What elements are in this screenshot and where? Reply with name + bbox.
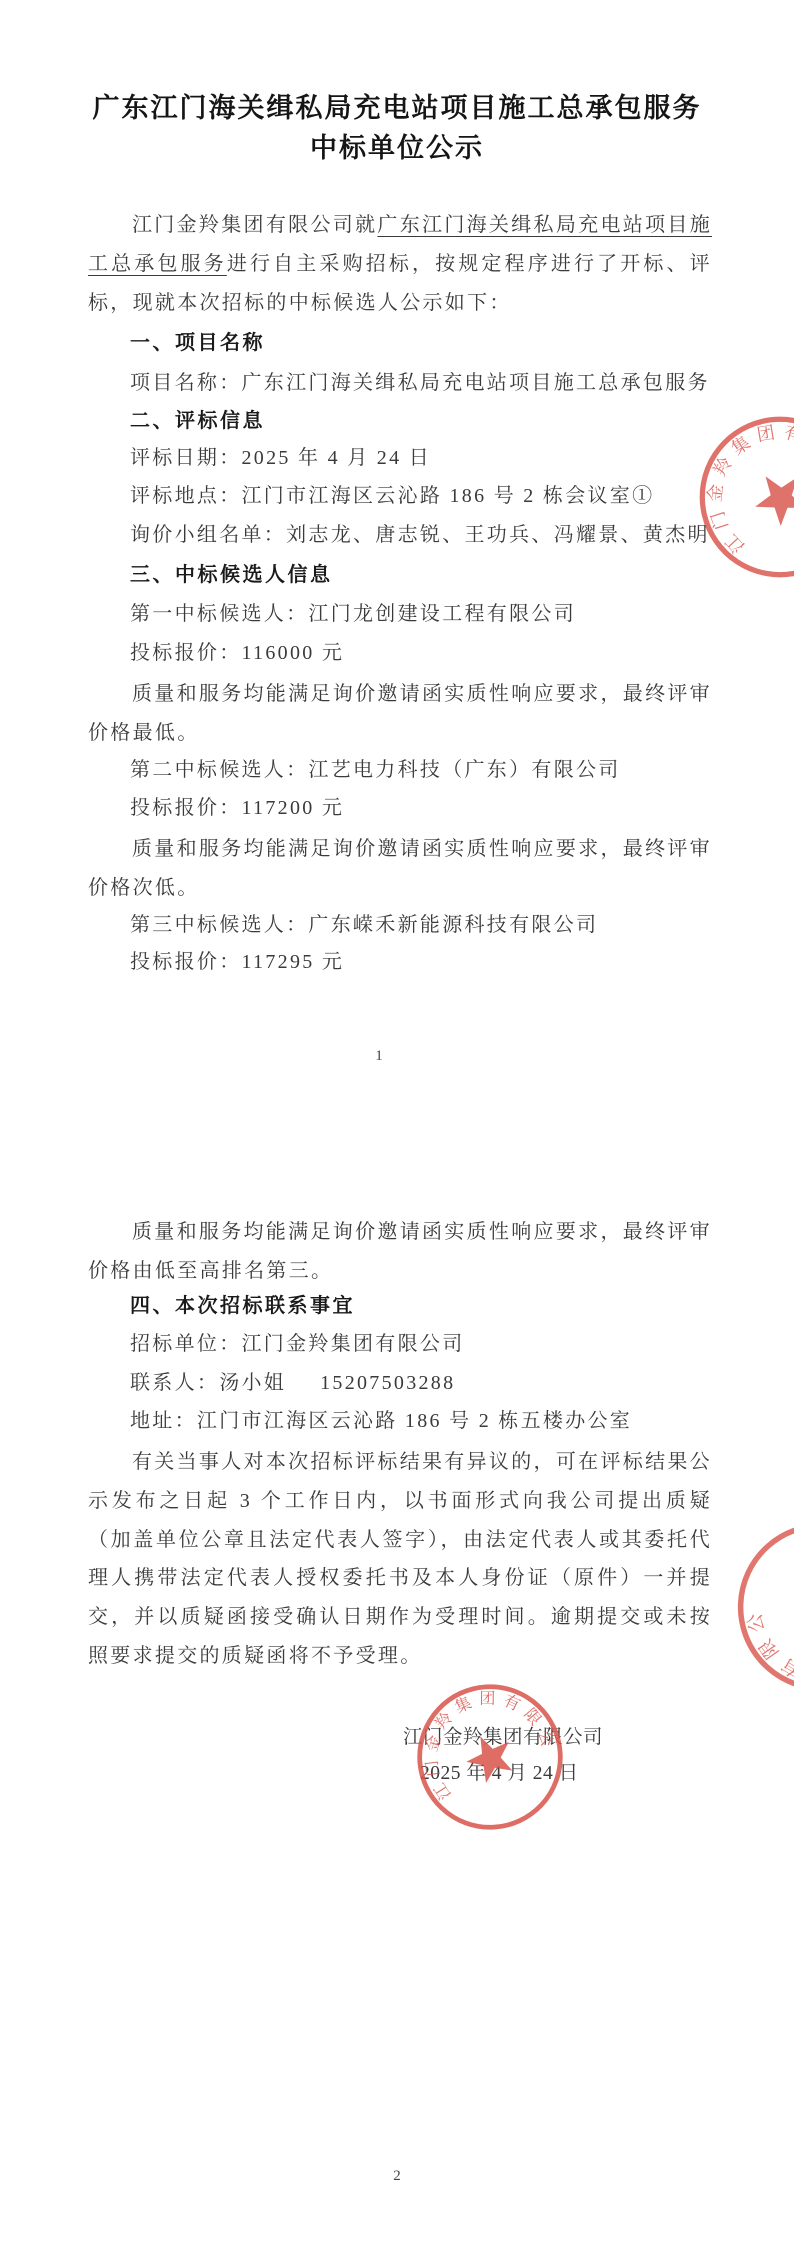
section-heading-project-name: 一、项目名称 (130, 326, 265, 355)
signature-company: 江门金羚集团有限公司 (403, 1721, 603, 1749)
inquiry-group-line: 询价小组名单：刘志龙、唐志锐、王功兵、冯耀景、黄杰明 (130, 518, 710, 547)
svg-text:江门金羚集团有限公司: 江门金羚集团有限公司 (696, 413, 794, 573)
section-heading-candidates: 三、中标候选人信息 (130, 558, 333, 587)
scanned-announcement-document: 广东江门海关缉私局充电站项目施工总承包服务 中标单位公示 江门金羚集团有限公司就… (0, 0, 794, 2244)
candidate1-name-line: 第一中标候选人：江门龙创建设工程有限公司 (130, 597, 576, 626)
candidate1-remark: 质量和服务均能满足询价邀请函实质性响应要求，最终评审价格最低。 (88, 675, 712, 753)
company-seal-page1-edge: 江门金羚集团有限公司 (696, 413, 794, 581)
seal-company-text: 江门金羚集团有限公司 (696, 413, 794, 573)
signature-date: 2025 年 4 月 24 日 (420, 1757, 579, 1785)
section-heading-contact: 四、本次招标联系事宜 (130, 1289, 355, 1318)
company-seal-graphic: 江门金羚集团有限公司 (734, 1519, 794, 1695)
evaluation-date-line: 评标日期：2025 年 4 月 24 日 (130, 441, 431, 470)
contact-line: 联系人：汤小姐15207503288 (130, 1366, 455, 1395)
evaluation-place-line: 评标地点：江门市江海区云沁路 186 号 2 栋会议室① (130, 479, 654, 508)
contact-person-label: 联系人：汤小姐 (130, 1372, 286, 1394)
candidate2-price-line: 投标报价：117200 元 (130, 791, 344, 820)
objection-paragraph: 有关当事人对本次招标评标结果有异议的，可在评标结果公示发布之日起 3 个工作日内… (88, 1443, 712, 1676)
company-seal-page2-edge: 江门金羚集团有限公司 (734, 1519, 794, 1695)
candidate3-price-line: 投标报价：117295 元 (130, 945, 344, 974)
contact-phone: 15207503288 (320, 1372, 455, 1394)
seal-star-icon (744, 461, 794, 531)
candidate3-name-line: 第三中标候选人：广东嵘禾新能源科技有限公司 (130, 908, 598, 937)
candidate2-remark: 质量和服务均能满足询价邀请函实质性响应要求，最终评审价格次低。 (88, 830, 712, 908)
intro-prefix: 江门金羚集团有限公司就 (132, 214, 377, 236)
tender-unit-line: 招标单位：江门金羚集团有限公司 (130, 1327, 465, 1356)
address-line: 地址：江门市江海区云沁路 186 号 2 栋五楼办公室 (130, 1404, 632, 1433)
seal-star-icon (788, 1574, 794, 1641)
page-title-line2: 中标单位公示 (0, 128, 794, 168)
page2-number: 2 (0, 2168, 794, 2185)
page-title: 广东江门海关缉私局充电站项目施工总承包服务 中标单位公示 (0, 88, 794, 168)
project-name-line: 项目名称：广东江门海关缉私局充电站项目施工总承包服务 (130, 366, 710, 395)
page-title-line1: 广东江门海关缉私局充电站项目施工总承包服务 (0, 88, 794, 128)
section-heading-evaluation-info: 二、评标信息 (130, 404, 265, 433)
seal-ring (696, 413, 794, 581)
candidate1-price-line: 投标报价：116000 元 (130, 636, 344, 665)
seal-ring (734, 1519, 794, 1695)
page1-number: 1 (0, 1048, 758, 1065)
svg-text:江门金羚集团有限公司: 江门金羚集团有限公司 (738, 1548, 794, 1695)
candidate2-name-line: 第二中标候选人：江艺电力科技（广东）有限公司 (130, 753, 621, 782)
intro-paragraph: 江门金羚集团有限公司就广东江门海关缉私局充电站项目施工总承包服务进行自主采购招标… (88, 206, 712, 323)
seal-company-text: 江门金羚集团有限公司 (738, 1548, 794, 1695)
candidate3-remark: 质量和服务均能满足询价邀请函实质性响应要求，最终评审价格由低至高排名第三。 (88, 1213, 712, 1291)
company-seal-graphic: 江门金羚集团有限公司 (696, 413, 794, 581)
